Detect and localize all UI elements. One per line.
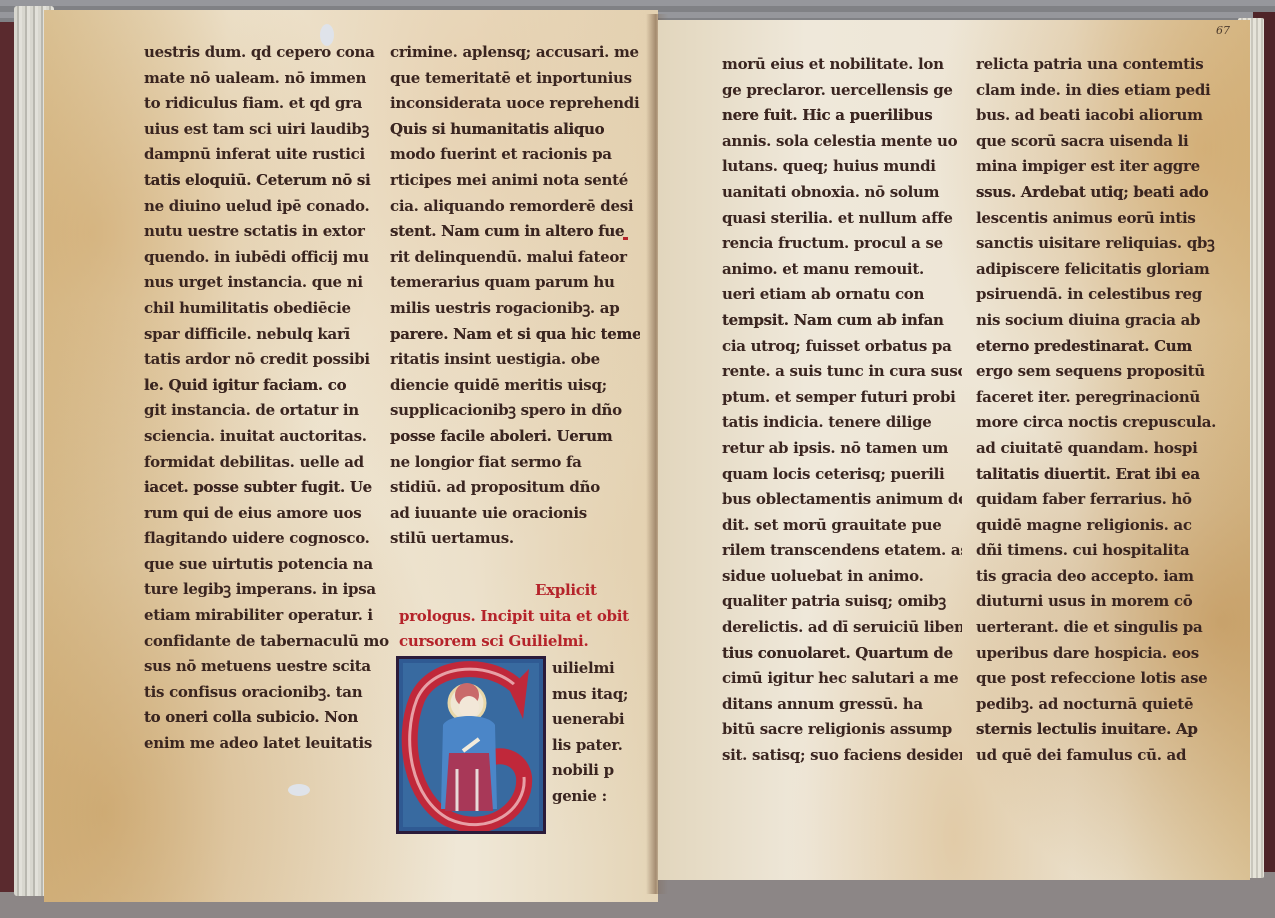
manuscript-line: nis socium diuina gracia ab xyxy=(976,308,1216,334)
manuscript-line: psiruendā. in celestibus reg xyxy=(976,282,1216,308)
manuscript-line: eterno predestinarat. Cum xyxy=(976,334,1216,360)
manuscript-line: flagitando uidere cognosco. xyxy=(144,526,389,552)
manuscript-line: uperibus dare hospicia. eos xyxy=(976,641,1216,667)
manuscript-line: ptum. et semper futuri probi xyxy=(722,385,962,411)
right-page-recto: morū eius et nobilitate. longe preclaror… xyxy=(658,20,1250,880)
rubric-explicit-incipit: Explicit prologus. Incipit uita et obit … xyxy=(399,578,649,655)
manuscript-line: uenerabi xyxy=(552,707,658,733)
manuscript-line: pedibꝫ. ad nocturnā quietē xyxy=(976,692,1216,718)
manuscript-line: adipiscere felicitatis gloriam xyxy=(976,257,1216,283)
manuscript-line: chil humilitatis obediēcie xyxy=(144,296,389,322)
manuscript-line: tatis indicia. tenere dilige xyxy=(722,410,962,436)
initial-adjacent-text: uilielmimus itaq;uenerabilis pater.nobil… xyxy=(552,656,658,810)
manuscript-line: relicta patria una contemtis xyxy=(976,52,1216,78)
rubric-saint-name: cursorem sci Guilielmi. xyxy=(399,629,649,655)
right-page-column-2: relicta patria una contemtisclam inde. i… xyxy=(976,52,1216,769)
monk-figure-icon xyxy=(399,659,543,831)
manuscript-line: ne longior fiat sermo fa xyxy=(390,450,640,476)
rubric-incipit: prologus. Incipit uita et obit xyxy=(399,604,649,630)
manuscript-line: crimine. aplensq; accusari. me xyxy=(390,40,640,66)
manuscript-line: quasi sterilia. et nullum affe xyxy=(722,206,962,232)
manuscript-line: annis. sola celestia mente uo xyxy=(722,129,962,155)
manuscript-line: ge preclaror. uercellensis ge xyxy=(722,78,962,104)
manuscript-line: git instancia. de ortatur in xyxy=(144,398,389,424)
manuscript-line: diuturni usus in morem cō xyxy=(976,589,1216,615)
manuscript-line: dit. set morū grauitate pue xyxy=(722,513,962,539)
manuscript-line: lis pater. xyxy=(552,733,658,759)
manuscript-line: bus oblectamentis animum de xyxy=(722,487,962,513)
manuscript-line: nus urget instancia. que ni xyxy=(144,270,389,296)
rubric-explicit: Explicit xyxy=(399,578,649,604)
manuscript-line: quidam faber ferrarius. hō xyxy=(976,487,1216,513)
manuscript-line: talitatis diuertit. Erat ibi ea xyxy=(976,462,1216,488)
manuscript-line: sidue uoluebat in animo. xyxy=(722,564,962,590)
manuscript-line: mus itaq; xyxy=(552,682,658,708)
manuscript-line: tis confisus oracionibꝫ. tan xyxy=(144,680,389,706)
manuscript-line: cimū igitur hec salutari a me xyxy=(722,666,962,692)
manuscript-line: quendo. in iubēdi officij mu xyxy=(144,245,389,271)
manuscript-line: derelictis. ad dī seruiciū liben xyxy=(722,615,962,641)
manuscript-line: ad ciuitatē quandam. hospi xyxy=(976,436,1216,462)
manuscript-line: bitū sacre religionis assump xyxy=(722,717,962,743)
manuscript-line: supplicacionibꝫ spero in dño xyxy=(390,398,640,424)
manuscript-line: sus nō metuens uestre scita xyxy=(144,654,389,680)
left-page-column-2: crimine. aplensq; accusari. meque temeri… xyxy=(390,40,640,552)
manuscript-line: tatis ardor nō credit possibi xyxy=(144,347,389,373)
manuscript-line: ture legibꝫ imperans. in ipsa xyxy=(144,577,389,603)
margin-mark xyxy=(623,237,628,240)
manuscript-line: rencia fructum. procul a se xyxy=(722,231,962,257)
manuscript-line: nutu uestre sctatis in extor xyxy=(144,219,389,245)
manuscript-line: iacet. posse subter fugit. Ue xyxy=(144,475,389,501)
manuscript-line: uerterant. die et singulis pa xyxy=(976,615,1216,641)
manuscript-line: rum qui de eius amore uos xyxy=(144,501,389,527)
manuscript-line: retur ab ipsis. nō tamen um xyxy=(722,436,962,462)
manuscript-line: more circa noctis crepuscula. xyxy=(976,410,1216,436)
manuscript-line: lutans. queq; huius mundi xyxy=(722,154,962,180)
manuscript-line: dñi timens. cui hospitalita xyxy=(976,538,1216,564)
manuscript-line: stidiū. ad propositum dño xyxy=(390,475,640,501)
manuscript-line: sit. satisq; suo faciens desiderio xyxy=(722,743,962,769)
manuscript-line: modo fuerint et racionis pa xyxy=(390,142,640,168)
manuscript-line: ne diuino uelud ipē conado. xyxy=(144,194,389,220)
manuscript-line: nobili p xyxy=(552,758,658,784)
manuscript-line: ueri etiam ab ornatu con xyxy=(722,282,962,308)
manuscript-line: nere fuit. Hic a puerilibus xyxy=(722,103,962,129)
historiated-initial-g xyxy=(396,656,546,834)
manuscript-line: tatis eloquiū. Ceterum nō si xyxy=(144,168,389,194)
manuscript-line: dampnū inferat uite rustici xyxy=(144,142,389,168)
manuscript-line: to oneri colla subicio. Non xyxy=(144,705,389,731)
manuscript-line: qualiter patria suisq; omibꝫ xyxy=(722,589,962,615)
manuscript-line: ditans annum gressū. ha xyxy=(722,692,962,718)
manuscript-line: lescentis animus eorū intis xyxy=(976,206,1216,232)
manuscript-line: que post refeccione lotis ase xyxy=(976,666,1216,692)
manuscript-line: parere. Nam et si qua hic teme xyxy=(390,322,640,348)
manuscript-line: stilū uertamus. xyxy=(390,526,640,552)
manuscript-line: ergo sem sequens propositū xyxy=(976,359,1216,385)
manuscript-line: que sue uirtutis potencia na xyxy=(144,552,389,578)
manuscript-line: rit delinquendū. malui fateor xyxy=(390,245,640,271)
manuscript-line: animo. et manu remouit. xyxy=(722,257,962,283)
manuscript-line: uestris dum. qd cepero cona xyxy=(144,40,389,66)
manuscript-line: cia. aliquando remorderē desi xyxy=(390,194,640,220)
manuscript-line: tempsit. Nam cum ab infan xyxy=(722,308,962,334)
manuscript-line: formidat debilitas. uelle ad xyxy=(144,450,389,476)
manuscript-line: faceret iter. peregrinacionū xyxy=(976,385,1216,411)
manuscript-line: ritatis insint uestigia. obe xyxy=(390,347,640,373)
manuscript-line: ssus. Ardebat utiq; beati ado xyxy=(976,180,1216,206)
manuscript-line: ad iuuante uie oracionis xyxy=(390,501,640,527)
manuscript-line: uius est tam sci uiri laudibꝫ xyxy=(144,117,389,143)
manuscript-line: spar difficile. nebulq karī xyxy=(144,322,389,348)
right-page-column-1: morū eius et nobilitate. longe preclaror… xyxy=(722,52,962,769)
manuscript-line: posse facile aboleri. Uerum xyxy=(390,424,640,450)
manuscript-line: mate nō ualeam. nō immen xyxy=(144,66,389,92)
manuscript-line: clam inde. in dies etiam pedi xyxy=(976,78,1216,104)
manuscript-line: confidante de tabernaculū mor xyxy=(144,629,389,655)
manuscript-line: que temeritatē et inportunius xyxy=(390,66,640,92)
left-page-column-1: uestris dum. qd cepero conamate nō ualea… xyxy=(144,40,389,757)
manuscript-line: rilem transcendens etatem. as xyxy=(722,538,962,564)
manuscript-line: milis uestris rogacionibꝫ. ap xyxy=(390,296,640,322)
manuscript-line: inconsiderata uoce reprehendi xyxy=(390,91,640,117)
parchment-hole xyxy=(288,784,310,796)
manuscript-line: morū eius et nobilitate. lon xyxy=(722,52,962,78)
open-manuscript-codex: uestris dum. qd cepero conamate nō ualea… xyxy=(0,0,1275,918)
manuscript-line: Quis si humanitatis aliquo xyxy=(390,117,640,143)
manuscript-line: rticipes mei animi nota senté xyxy=(390,168,640,194)
manuscript-line: diencie quidē meritis uisq; xyxy=(390,373,640,399)
manuscript-line: que scorū sacra uisenda li xyxy=(976,129,1216,155)
manuscript-line: uanitati obnoxia. nō solum xyxy=(722,180,962,206)
manuscript-line: sternis lectulis inuitare. Ap xyxy=(976,717,1216,743)
left-page-verso: uestris dum. qd cepero conamate nō ualea… xyxy=(44,10,658,902)
manuscript-line: sciencia. inuitat auctoritas. xyxy=(144,424,389,450)
manuscript-line: uilielmi xyxy=(552,656,658,682)
manuscript-line: bus. ad beati iacobi aliorum xyxy=(976,103,1216,129)
manuscript-line: stent. Nam cum in altero fue xyxy=(390,219,640,245)
manuscript-line: quam locis ceterisq; puerili xyxy=(722,462,962,488)
manuscript-line: temerarius quam parum hu xyxy=(390,270,640,296)
manuscript-line: to ridiculus fiam. et qd gra xyxy=(144,91,389,117)
manuscript-line: enim me adeo latet leuitatis xyxy=(144,731,389,757)
manuscript-line: rente. a suis tunc in cura suscē xyxy=(722,359,962,385)
manuscript-line: tis gracia deo accepto. iam xyxy=(976,564,1216,590)
manuscript-line: le. Quid igitur faciam. co xyxy=(144,373,389,399)
manuscript-line: cia utroq; fuisset orbatus pa xyxy=(722,334,962,360)
manuscript-line: etiam mirabiliter operatur. i xyxy=(144,603,389,629)
manuscript-line: genie : xyxy=(552,784,658,810)
manuscript-line: mina impiger est iter aggre xyxy=(976,154,1216,180)
manuscript-line: sanctis uisitare reliquias. qbꝫ xyxy=(976,231,1216,257)
manuscript-line: tius conuolaret. Quartum de xyxy=(722,641,962,667)
manuscript-line: quidē magne religionis. ac xyxy=(976,513,1216,539)
folio-number: 67 xyxy=(1216,24,1230,37)
manuscript-line: ud quē dei famulus cū. ad xyxy=(976,743,1216,769)
